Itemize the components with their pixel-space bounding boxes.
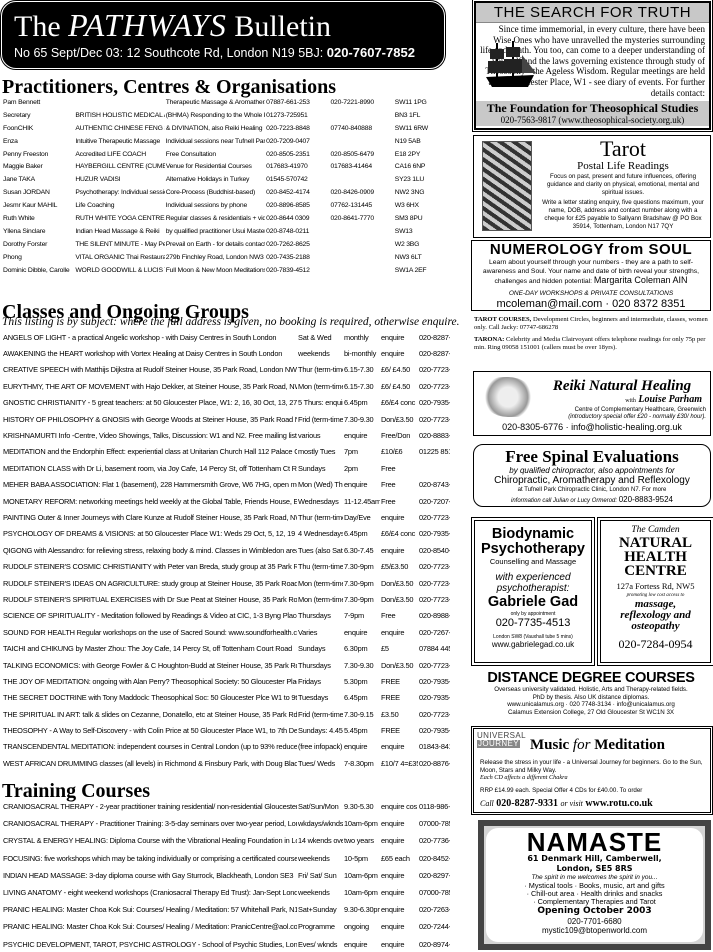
practitioner-row-cell: Jane TAKA: [2, 173, 74, 186]
class-row-cell: 7pm: [343, 444, 380, 460]
class-row-cell: Sundays: [297, 640, 343, 656]
class-row: RUDOLF STEINER'S IDEAS ON AGRICULTURE: s…: [2, 575, 450, 591]
class-row-cell: 7-9pm: [343, 608, 380, 624]
class-row-cell: RUDOLF STEINER'S IDEAS ON AGRICULTURE: s…: [2, 575, 297, 591]
training-row-cell: LIVING ANATOMY - eight weekend workshops…: [2, 884, 297, 901]
practitioner-row-cell: Psychotherapy: Individual sessions: [74, 186, 164, 199]
class-row-cell: Thursdays: [297, 608, 343, 624]
class-row-cell: enquire: [343, 477, 380, 493]
ad-namaste: NAMASTE 61 Denmark Hill, Camberwell, Lon…: [478, 820, 711, 950]
training-row-cell: enquire: [380, 815, 418, 832]
practitioner-row-cell: [74, 96, 164, 109]
class-row-cell: MONETARY REFORM: networking meetings hel…: [2, 493, 297, 509]
practitioner-row-cell: 020-8505-2351: [265, 148, 329, 161]
class-row-cell: CREATIVE SPEECH with Matthijs Dijkstra a…: [2, 362, 297, 378]
practitioner-row-cell: SW1A 2EF: [394, 264, 444, 277]
class-row-cell: 020-7935-926: [418, 395, 450, 411]
class-row-cell: Sundays: 4.45: [297, 722, 343, 738]
training-row-cell: 14 wkends over: [297, 832, 343, 849]
reiki-title: Reiki Natural Healing: [534, 378, 710, 395]
class-row: THE SPIRITUAL IN ART: talk & slides on C…: [2, 706, 450, 722]
practitioner-row-cell: Full Moon & New Moon Meditations: [165, 264, 265, 277]
practitioner-row-cell: VITAL ORGANIC Thai Restaurant: [74, 251, 164, 264]
class-row-cell: £10/7 4=£35: [380, 755, 418, 771]
class-row-cell: Don/£3.50: [380, 657, 418, 673]
training-row-cell: 10am-6pm: [343, 815, 380, 832]
practitioner-row-cell: Dorothy Forster: [2, 238, 74, 251]
namaste-opening: Opening October 2003: [486, 906, 703, 917]
class-row-cell: enquire: [380, 542, 418, 558]
practitioner-row: EnzaIntuitive Therapeutic MassageIndivid…: [2, 135, 444, 148]
spinal-phone: 020-8883-9524: [619, 495, 673, 504]
practitioner-row-cell: 017683-41970: [265, 160, 329, 173]
practitioner-row-cell: by qualified practitioner Usui Master: [165, 225, 265, 238]
practitioner-row-cell: [329, 135, 393, 148]
training-row-cell: 020-7736-0283: [418, 832, 450, 849]
practitioner-row: Yllena SinclareIndian Head Massage & Rei…: [2, 225, 444, 238]
music-website: www.rotu.co.uk: [585, 798, 652, 809]
practitioner-row-cell: 020-8748-0211: [265, 225, 329, 238]
practitioner-row-cell: AUTHENTIC CHINESE FENG SHUI: [74, 122, 164, 135]
class-row-cell: 020-8988-085: [418, 608, 450, 624]
practitioner-row-cell: 279b Finchley Road, London NW3: [165, 251, 265, 264]
practitioner-row-cell: W2 3BG: [394, 238, 444, 251]
class-row: QIGONG with Alessandro: for relieving st…: [2, 542, 450, 558]
bio-name: Gabriele Gad: [475, 594, 591, 610]
class-row: CREATIVE SPEECH with Matthijs Dijkstra a…: [2, 362, 450, 378]
tarot-card-image: [482, 141, 532, 231]
class-row-cell: 6.30-7.45: [343, 542, 380, 558]
reiki-offer: (introductory special offer £20 - normal…: [568, 414, 706, 420]
practitioner-row-cell: Phong: [2, 251, 74, 264]
class-row: MEDITATION CLASS with Dr Li, basement ro…: [2, 460, 450, 476]
class-row-cell: enquire: [343, 624, 380, 640]
practitioner-row: Penny FreestonAccredited LIFE COACHFree …: [2, 148, 444, 161]
training-row-cell: enquire: [380, 901, 418, 918]
training-row-cell: 0118-986-3981: [418, 798, 450, 815]
practitioner-row-cell: Susan JORDAN: [2, 186, 74, 199]
class-row-cell: ANGELS OF LIGHT - a practical Angelic wo…: [2, 329, 297, 345]
class-row-cell: £6/ £4.50: [380, 378, 418, 394]
training-row: INDIAN HEAD MASSAGE: 3-day diploma cours…: [2, 867, 450, 884]
class-row-cell: 020-8883-926: [418, 427, 450, 443]
class-row: GNOSTIC CHRISTIANITY - 5 great teachers:…: [2, 395, 450, 411]
training-row-cell: CRANIOSACRAL THERAPY - Practitioner Trai…: [2, 815, 297, 832]
practitioner-row-cell: 020-7223-8848: [265, 122, 329, 135]
practitioner-row-cell: Core-Process (Buddhist-based): [165, 186, 265, 199]
training-row-cell: Sat+Sunday: [297, 901, 343, 918]
class-row-cell: enquire: [380, 624, 418, 640]
reiki-contact: 020-8305-6776 · info@holistic-healing.or…: [474, 422, 710, 433]
training-row-cell: 020-7244-6801: [418, 918, 450, 935]
music-price: RRP £14.99 each. Special Offer 4 CDs for…: [480, 787, 708, 795]
class-row-cell: 7.30-9pm: [343, 575, 380, 591]
title-brand: PATHWAYS: [68, 7, 227, 43]
class-row-cell: 020-8540-371: [418, 542, 450, 558]
bio-website: www.gabrielegad.co.uk: [475, 640, 591, 649]
class-row-cell: Varies: [297, 624, 343, 640]
practitioner-row-cell: WORLD GOODWILL & LUCIS TRUST: [74, 264, 164, 277]
tarot-courses-lead: TAROT COURSES,: [474, 316, 531, 323]
training-row-cell: 020-8297-3101: [418, 867, 450, 884]
class-row-cell: 5.30pm: [343, 673, 380, 689]
class-row-cell: GNOSTIC CHRISTIANITY - 5 great teachers:…: [2, 395, 297, 411]
practitioner-row-cell: 020-7221-8990: [329, 96, 393, 109]
practitioner-row: Ruth WhiteRUTH WHITE YOGA CENTRERegular …: [2, 212, 444, 225]
class-row-cell: Frid (term-time): [297, 411, 343, 427]
training-row: PRANIC HEALING: Master Choa Kok Sui: Cou…: [2, 901, 450, 918]
practitioner-row-cell: 01273-725951: [265, 109, 329, 122]
class-row-cell: Day/Eve: [343, 509, 380, 525]
class-row-cell: TAICHI and CHIKUNG by Master Zhou: The J…: [2, 640, 297, 656]
numerology-contact: mcoleman@mail.com · 020 8372 8351: [472, 298, 710, 310]
class-row-cell: 07884 445544: [418, 640, 450, 656]
ad-spinal-evaluations: Free Spinal Evaluations by qualified chi…: [473, 444, 711, 507]
class-row-cell: Sat & Wed: [297, 329, 343, 345]
numerology-title: NUMEROLOGY from SOUL: [472, 241, 710, 259]
ad-distance-degree: DISTANCE DEGREE COURSES Overseas univers…: [471, 670, 711, 725]
practitioner-row-cell: N19 5AB: [394, 135, 444, 148]
training-row-cell: Fri/ Sat/ Sun: [297, 867, 343, 884]
practitioner-row-cell: 020-8505-6479: [329, 148, 393, 161]
universal-journey-logo: UNIVERSALJOURNEY: [477, 732, 525, 748]
class-row-cell: mostly Tues: [297, 444, 343, 460]
distance-line1: Overseas university validated. Holistic,…: [471, 686, 711, 694]
training-table: CRANIOSACRAL THERAPY - 2-year practition…: [2, 798, 450, 952]
music-or-visit: or visit: [560, 799, 582, 808]
class-row-cell: Tues (also Sats): [297, 542, 343, 558]
training-row: CRANIOSACRAL THERAPY - 2-year practition…: [2, 798, 450, 815]
practitioner-row-cell: Pam Bennett: [2, 96, 74, 109]
music-phone: 020-8287-9331: [496, 798, 558, 809]
practitioner-row-cell: THE SILENT MINUTE - May Peace: [74, 238, 164, 251]
class-row-cell: enquire: [380, 329, 418, 345]
ad-biodynamic-psychotherapy: Biodynamic Psychotherapy Counselling and…: [474, 520, 592, 663]
practitioner-row-cell: FoonCHIK: [2, 122, 74, 135]
distance-line3: www.unicalamus.org · 020 7748-3134 · inf…: [471, 701, 711, 709]
training-row: PSYCHIC DEVELOPMENT, TAROT, PSYCHIC ASTR…: [2, 936, 450, 952]
training-row-cell: PSYCHIC DEVELOPMENT, TAROT, PSYCHIC ASTR…: [2, 936, 297, 952]
training-row-cell: wkdays/wknds: [297, 815, 343, 832]
practitioner-row-cell: 020-8641-7770: [329, 212, 393, 225]
class-row-cell: 020-8287-933: [418, 329, 450, 345]
class-row-cell: 020-8287-933: [418, 345, 450, 361]
practitioner-row-cell: Venue for Residential Courses: [165, 160, 265, 173]
music-order: Call 020-8287-9331 or visit www.rotu.co.…: [480, 798, 708, 810]
class-row: THEOSOPHY - A Way to Self-Discovery - wi…: [2, 722, 450, 738]
numerology-name: Margarita Coleman AIN: [594, 275, 688, 285]
practitioner-row-cell: 020-7209-0407: [265, 135, 329, 148]
ad-camden-natural-health: The Camden NATURAL HEALTH CENTRE 127a Fo…: [600, 520, 711, 663]
training-row-cell: weekends: [297, 850, 343, 867]
class-row-cell: 020-7935-926: [418, 722, 450, 738]
class-row-cell: 020-7723-440: [418, 509, 450, 525]
class-row-cell: 6.15-7.30: [343, 378, 380, 394]
class-row-cell: £3.50: [380, 706, 418, 722]
class-row: AWAKENING the HEART workshop with Vortex…: [2, 345, 450, 361]
class-row-cell: THE SECRET DOCTRINE with Tony Maddock: T…: [2, 690, 297, 706]
tarot-body: Focus on past, present and future influe…: [538, 173, 708, 198]
class-row-cell: 7.30-9pm: [343, 558, 380, 574]
class-row-cell: enquire: [380, 739, 418, 755]
class-row-cell: 6.45pm: [343, 690, 380, 706]
tarot-order-info: Write a letter stating enquiry, five que…: [538, 199, 708, 232]
training-row-cell: enquire: [380, 918, 418, 935]
practitioner-row-cell: & DIVINATION, also Reiki Healing: [165, 122, 265, 135]
search-truth-header: THE SEARCH FOR TRUTH: [476, 3, 709, 23]
practitioner-row-cell: NW2 3NG: [394, 186, 444, 199]
class-row-cell: 020-7723-440: [418, 706, 450, 722]
practitioner-row-cell: Ruth White: [2, 212, 74, 225]
class-row-cell: 6.45pm: [343, 526, 380, 542]
class-row-cell: Fridays: [297, 673, 343, 689]
class-row-cell: PAINTING Outer & Inner Journeys with Cla…: [2, 509, 297, 525]
class-row-cell: 2pm: [343, 460, 380, 476]
class-row-cell: enquire: [343, 739, 380, 755]
class-row-cell: 5.45pm: [343, 722, 380, 738]
class-row-cell: bi-monthly: [343, 345, 380, 361]
class-row-cell: RUDOLF STEINER'S COSMIC CHRISTIANITY wit…: [2, 558, 297, 574]
class-row: SOUND FOR HEALTH Regular workshops on th…: [2, 624, 450, 640]
practitioner-row-cell: NW3 6LT: [394, 251, 444, 264]
class-row-cell: £6/£4 conc: [380, 526, 418, 542]
class-row: SCIENCE OF SPIRITUALITY - Meditation fol…: [2, 608, 450, 624]
namaste-email: mystic109@btopenworld.com: [486, 926, 703, 935]
class-row-cell: RUDOLF STEINER'S SPIRITUAL EXERCISES wit…: [2, 591, 297, 607]
class-row-cell: MEDITATION and the Endorphin Effect: exp…: [2, 444, 297, 460]
class-row-cell: [418, 460, 450, 476]
class-row-cell: 5 Thurs: enquire: [297, 395, 343, 411]
ad-music-for-meditation: UNIVERSALJOURNEY Music for Meditation Re…: [473, 728, 711, 813]
title-prefix: The: [14, 10, 61, 43]
title-suffix: Bulletin: [234, 10, 331, 43]
training-row-cell: PRANIC HEALING: Master Choa Kok Sui: Cou…: [2, 918, 297, 935]
training-row-cell: 9.30-5.30: [343, 798, 380, 815]
training-row-cell: Sat/Sun/Mon: [297, 798, 343, 815]
practitioner-row: PhongVITAL ORGANIC Thai Restaurant279b F…: [2, 251, 444, 264]
practitioner-row-cell: HUZUR VADISI: [74, 173, 164, 186]
class-row-cell: 020-7723-440: [418, 575, 450, 591]
ad-numerology: NUMEROLOGY from SOUL Learn about yoursel…: [471, 240, 711, 311]
camden-service3: osteopathy: [601, 621, 710, 632]
spinal-line3: at Tufnell Park Chiropractic Clinic, Lon…: [474, 486, 710, 495]
camden-title1: NATURAL: [601, 536, 710, 550]
practitioner-row-cell: W3 6HX: [394, 199, 444, 212]
class-row: WEST AFRICAN DRUMMING classes (all level…: [2, 755, 450, 771]
class-row-cell: 020-8876-929: [418, 755, 450, 771]
class-row-cell: 7-8.30pm: [343, 755, 380, 771]
class-row: PAINTING Outer & Inner Journeys with Cla…: [2, 509, 450, 525]
search-truth-footer: The Foundation for Theosophical Studies …: [476, 101, 709, 126]
class-row: TRANSCENDENTAL MEDITATION: independent c…: [2, 739, 450, 755]
practitioner-row-cell: 020-8452-4174: [265, 186, 329, 199]
class-row-cell: Free: [380, 608, 418, 624]
practitioner-row-cell: 020-8426-0909: [329, 186, 393, 199]
training-row-cell: 020-7263-4741: [418, 901, 450, 918]
class-row-cell: 020-7723-440: [418, 411, 450, 427]
namaste-addr1: 61 Denmark Hill, Camberwell,: [486, 854, 703, 864]
training-row-cell: 07000-785778: [418, 884, 450, 901]
training-row-cell: 9.30-6.30pm: [343, 901, 380, 918]
namaste-line3: · Complementary Therapies and Tarot: [486, 898, 703, 906]
training-row: CRYSTAL & ENERGY HEALING: Diploma Course…: [2, 832, 450, 849]
class-row-cell: 6.30pm: [343, 640, 380, 656]
music-call: Call: [480, 799, 494, 808]
classes-table: ANGELS OF LIGHT - a practical Angelic wo…: [2, 329, 450, 772]
training-row-cell: 020-8974-6793: [418, 936, 450, 952]
training-row-cell: 020-8452-4174: [418, 850, 450, 867]
class-row-cell: 01843-841010: [418, 739, 450, 755]
namaste-addr2: London, SE5 8RS: [486, 864, 703, 874]
camden-title2: HEALTH: [601, 550, 710, 564]
class-row-cell: KRISHNAMURTI Info -Centre, Video Showing…: [2, 427, 297, 443]
class-row-cell: 020-7723-440: [418, 591, 450, 607]
music-title-a: Music: [530, 737, 569, 753]
class-row-cell: Don/£3.50: [380, 411, 418, 427]
practitioner-row-cell: Penny Freeston: [2, 148, 74, 161]
distance-line4: Calamus Extension College, 27 Old Glouce…: [471, 709, 711, 717]
class-row-cell: Thur (term-time): [297, 509, 343, 525]
class-row-cell: Wednesdays: [297, 493, 343, 509]
class-row-cell: MEDITATION CLASS with Dr Li, basement ro…: [2, 460, 297, 476]
class-row-cell: 7.30-9.15: [343, 706, 380, 722]
class-row-cell: 020-8743-440: [418, 477, 450, 493]
music-title-b: for: [573, 737, 591, 753]
namaste-phone: 020-7701-6680: [486, 917, 703, 926]
training-row-cell: enquire: [380, 867, 418, 884]
class-row: RUDOLF STEINER'S COSMIC CHRISTIANITY wit…: [2, 558, 450, 574]
practitioner-row-cell: Alternative Holidays in Turkey: [165, 173, 265, 186]
class-row-cell: TRANSCENDENTAL MEDITATION: independent c…: [2, 739, 297, 755]
music-title: Music for Meditation: [530, 737, 665, 754]
class-row-cell: THEOSOPHY - A Way to Self-Discovery - wi…: [2, 722, 297, 738]
class-row-cell: PSYCHOLOGY OF DREAMS & VISIONS: at 50 Gl…: [2, 526, 297, 542]
namaste-title: NAMASTE: [486, 830, 703, 854]
class-row-cell: FREE: [380, 722, 418, 738]
spinal-line4: information call Julian or Lucy Ormerod:: [511, 498, 617, 504]
class-row: HISTORY OF PHILOSOPHY & GNOSIS with Geor…: [2, 411, 450, 427]
class-row-cell: MEHER BABA ASSOCIATION: Flat 1 (basement…: [2, 477, 297, 493]
practitioner-row-cell: [329, 238, 393, 251]
class-row: EURYTHMY, THE ART OF MOVEMENT with Hajo …: [2, 378, 450, 394]
practitioner-row-cell: 020-8644 0309: [265, 212, 329, 225]
practitioner-row-cell: 020-7435-2188: [265, 251, 329, 264]
training-row-cell: Eves/ wknds: [297, 936, 343, 952]
ad-search-for-truth: THE SEARCH FOR TRUTH Since time immemori…: [474, 1, 711, 130]
practitioner-row-cell: Prevail on Earth - for details contact: [165, 238, 265, 251]
class-row-cell: 7.30-9.30: [343, 657, 380, 673]
issue-address: No 65 Sept/Dec 03: 12 Southcote Rd, Lond…: [14, 46, 323, 60]
class-row: MONETARY REFORM: networking meetings hel…: [2, 493, 450, 509]
practitioner-row: Jane TAKAHUZUR VADISIAlternative Holiday…: [2, 173, 444, 186]
class-row-cell: £5: [380, 640, 418, 656]
practitioners-heading: Practitioners, Centres & Organisations: [2, 76, 336, 98]
spinal-line1: by qualified chiropractor, also appointm…: [474, 466, 710, 475]
tarona-lead: TARONA:: [474, 336, 504, 343]
practitioner-row-cell: Maggie Baker: [2, 160, 74, 173]
practitioner-row: Dorothy ForsterTHE SILENT MINUTE - May P…: [2, 238, 444, 251]
class-row-cell: Free: [380, 460, 418, 476]
reiki-with: with Louise Parham: [534, 394, 710, 405]
training-row-cell: CRYSTAL & ENERGY HEALING: Diploma Course…: [2, 832, 297, 849]
practitioner-row-cell: Secretary: [2, 109, 74, 122]
training-row-cell: enquire: [380, 832, 418, 849]
training-row: LIVING ANATOMY - eight weekend workshops…: [2, 884, 450, 901]
class-row-cell: 020-7935-926: [418, 673, 450, 689]
class-row-cell: 020-7935-926: [418, 526, 450, 542]
training-row-cell: CRANIOSACRAL THERAPY - 2-year practition…: [2, 798, 297, 815]
music-body: Release the stress in your life - a Univ…: [480, 759, 708, 782]
angel-image: [482, 377, 534, 417]
class-row-cell: WEST AFRICAN DRUMMING classes (all level…: [2, 755, 297, 771]
class-row-cell: Tuesdays: [297, 690, 343, 706]
class-row-cell: Mon (term-time): [297, 591, 343, 607]
practitioner-row-cell: Dominic Dibble, Carolle: [2, 264, 74, 277]
training-row: FOCUSING: five workshops which may be ta…: [2, 850, 450, 867]
class-row-cell: £5/£3.50: [380, 558, 418, 574]
training-row-cell: 10-5pm: [343, 850, 380, 867]
practitioner-row-cell: SW11 6RW: [394, 122, 444, 135]
class-row-cell: TALKING ECONOMICS: with George Fowler & …: [2, 657, 297, 673]
bulletin-title: The PATHWAYS Bulletin: [14, 8, 432, 44]
tarona-notice: TARONA: Celebrity and Media Clairvoyant …: [474, 336, 712, 352]
class-row-cell: Thur (term-time): [297, 362, 343, 378]
practitioner-row-cell: Yllena Sinclare: [2, 225, 74, 238]
class-row-cell: 020-7723-440: [418, 558, 450, 574]
practitioner-row: Pam BennettTherapeutic Massage & Aromath…: [2, 96, 444, 109]
class-row-cell: enquire: [343, 427, 380, 443]
practitioner-row-cell: 017683-41464: [329, 160, 393, 173]
training-row-cell: ongoing: [343, 918, 380, 935]
class-row-cell: 6.45pm: [343, 395, 380, 411]
practitioners-table: Pam BennettTherapeutic Massage & Aromath…: [2, 96, 444, 276]
training-row-cell: enquire cos: [380, 798, 418, 815]
search-truth-body: Since time immemorial, in every culture,…: [476, 23, 709, 101]
practitioner-row-cell: RUTH WHITE YOGA CENTRE: [74, 212, 164, 225]
foundation-contact: 020-7563-9817 (www.theosophical-society.…: [476, 115, 709, 126]
tarot-subtitle: Postal Life Readings: [538, 160, 708, 172]
class-row-cell: QIGONG with Alessandro: for relieving st…: [2, 542, 297, 558]
class-row: ANGELS OF LIGHT - a practical Angelic wo…: [2, 329, 450, 345]
practitioner-row-cell: Enza: [2, 135, 74, 148]
class-row-cell: 01225 851519: [418, 444, 450, 460]
spinal-contact: information call Julian or Lucy Ormerod:…: [474, 495, 710, 506]
class-row: MEHER BABA ASSOCIATION: Flat 1 (basement…: [2, 477, 450, 493]
class-row-cell: £10/£6: [380, 444, 418, 460]
training-row-cell: PRANIC HEALING: Master Choa Kok Sui: Cou…: [2, 901, 297, 918]
sailing-ship-icon: [482, 37, 538, 93]
practitioner-row: Maggie BakerHAYBERGILL CENTRE (CUMBRIA)V…: [2, 160, 444, 173]
practitioner-row-cell: 020-7262-8625: [265, 238, 329, 251]
practitioner-row-cell: Life Coaching: [74, 199, 164, 212]
class-row-cell: 11-12.45am: [343, 493, 380, 509]
practitioner-row-cell: [329, 109, 393, 122]
reiki-centre: Centre of Complementary Healthcare, Gree…: [534, 407, 706, 414]
class-row: TAICHI and CHIKUNG by Master Zhou: The J…: [2, 640, 450, 656]
music-title-c: Meditation: [594, 737, 665, 753]
classes-note: This listing is by subject: where the fu…: [2, 316, 460, 328]
training-row-cell: two years: [343, 832, 380, 849]
practitioner-row: Susan JORDANPsychotherapy: Individual se…: [2, 186, 444, 199]
practitioner-row-cell: [329, 264, 393, 277]
training-row-cell: 10am-6pm: [343, 867, 380, 884]
class-row: RUDOLF STEINER'S SPIRITUAL EXERCISES wit…: [2, 591, 450, 607]
class-row-cell: £6/ £4.50: [380, 362, 418, 378]
class-row-cell: SCIENCE OF SPIRITUALITY - Meditation fol…: [2, 608, 297, 624]
training-row: PRANIC HEALING: Master Choa Kok Sui: Cou…: [2, 918, 450, 935]
training-row-cell: INDIAN HEAD MASSAGE: 3-day diploma cours…: [2, 867, 297, 884]
class-row-cell: Don/£3.50: [380, 575, 418, 591]
